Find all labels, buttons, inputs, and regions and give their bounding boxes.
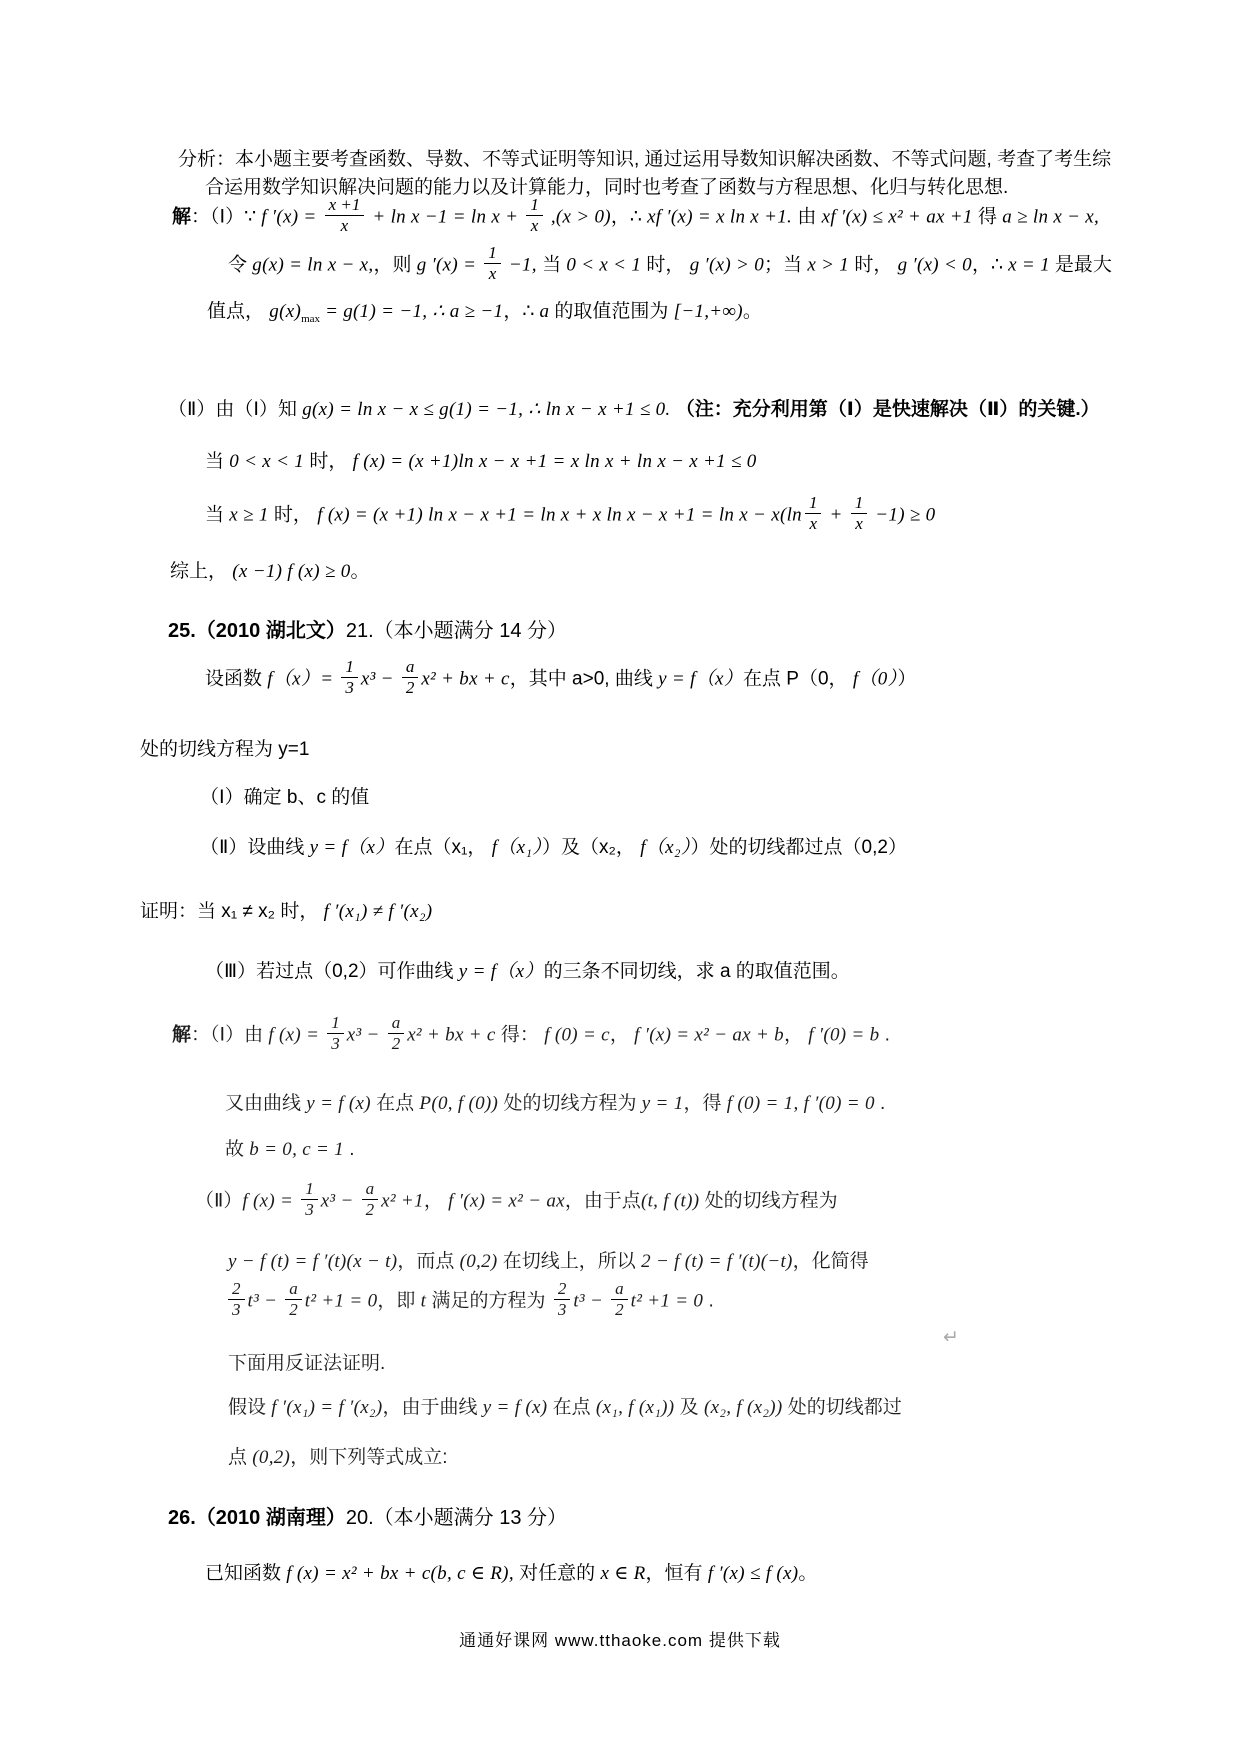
fraction-denominator: 3	[341, 678, 358, 697]
text-segment: 当	[205, 451, 229, 472]
text-segment: 26.（2010 湖南理）	[168, 1507, 346, 1529]
fraction-numerator: a	[285, 1280, 302, 1300]
solution24-part1-line3: 值点， g(x)max = g(1) = −1, ∴ a ≥ −1，∴ a 的取…	[207, 300, 762, 326]
text-segment: 0 < x < 1	[229, 451, 304, 472]
text-segment: (x −1) f (x) ≥ 0	[232, 561, 350, 582]
solution25-part2-line5: 假设 f ′(x₁) = f ′(x₂)，由于曲线 y = f (x) 在点 (…	[228, 1396, 902, 1421]
text-segment: 处的切线都过	[782, 1397, 901, 1418]
text-segment: ,(x > 0)	[546, 206, 611, 227]
solution25-part2-line3: 23t³ − a2t² +1 = 0，即 t 满足的方程为 23t³ − a2t…	[225, 1282, 714, 1321]
text-segment: x³ −	[361, 668, 399, 689]
text-segment: 的三条不同切线，求 a 的取值范围。	[544, 961, 850, 982]
fraction-denominator: x	[325, 216, 365, 235]
text-segment: = g(1) = −1, ∴ a ≥ −1	[320, 301, 503, 322]
text-segment: 时，	[269, 504, 318, 525]
text-segment: ，化简得	[793, 1251, 869, 1272]
text-segment: y = f (x)	[483, 1397, 548, 1418]
text-segment: ↵	[943, 1327, 959, 1348]
fraction-numerator: a	[611, 1280, 628, 1300]
text-segment: (x₂, f (x₂))	[704, 1397, 783, 1418]
text-segment: ）	[897, 668, 916, 689]
text-segment: ，即	[377, 1290, 420, 1311]
text-segment: 的取值范围为	[554, 301, 673, 322]
text-segment: .	[703, 1290, 714, 1311]
text-segment: y = f (x)	[306, 1093, 371, 1114]
text-segment: f（0）	[853, 668, 897, 689]
text-segment: (t, f (t))	[641, 1190, 699, 1211]
fraction: a2	[402, 658, 419, 697]
solution25-part1-line3: 故 b = 0, c = 1 .	[225, 1138, 355, 1163]
solution24-part2-line3: 当 x ≥ 1 时， f (x) = (x +1) ln x − x +1 = …	[205, 496, 935, 535]
solution25-part2-line4: 下面用反证法证明.	[228, 1352, 385, 1377]
text-segment: 已知函数	[205, 1563, 286, 1584]
text-segment: 。	[743, 301, 762, 322]
text-segment: y = f（x）	[310, 837, 395, 858]
text-segment: ，∴	[972, 254, 1003, 275]
text-segment: ，而点	[397, 1251, 459, 1272]
text-segment: ，	[784, 1024, 808, 1045]
text-segment: x³ −	[321, 1190, 359, 1211]
fraction-numerator: 1	[301, 1180, 318, 1200]
analysis-text-line-1: 分析：本小题主要考查函数、导数、不等式证明等知识, 通过运用导数知识解决函数、不…	[178, 148, 1111, 173]
text-segment: f (x) =	[242, 1190, 298, 1211]
text-segment: ，则下列等式成立:	[290, 1447, 447, 1468]
text-segment: f ′(x₁) ≠ f ′(x₂)	[324, 901, 433, 922]
text-segment: (0,2)	[252, 1447, 290, 1468]
text-segment: （Ⅱ）由（Ⅰ）知	[168, 399, 302, 420]
solution24-part2-line1: （Ⅱ）由（Ⅰ）知 g(x) = ln x − x ≤ g(1) = −1, ∴ …	[168, 398, 1100, 423]
solution25-part1-line1: 解：（Ⅰ）由 f (x) = 13x³ − a2x² + bx + c 得： f…	[172, 1016, 890, 1055]
text-segment: 下面用反证法证明.	[228, 1353, 385, 1374]
text-segment: 综上，	[170, 561, 232, 582]
text-segment: b = 0, c = 1	[249, 1139, 344, 1160]
text-segment: 在点	[371, 1093, 420, 1114]
fraction-numerator: 1	[526, 196, 543, 216]
fraction-numerator: x +1	[325, 196, 365, 216]
text-segment: −1) ≥ 0	[870, 504, 935, 525]
text-segment: ，	[610, 1024, 634, 1045]
text-segment: 点	[228, 1447, 252, 1468]
text-segment: (x₁, f (x₁))	[596, 1397, 675, 1418]
text-segment: g ′(x) < 0	[898, 254, 972, 275]
text-segment: 值点，	[207, 301, 269, 322]
text-segment: ，由于曲线	[382, 1397, 482, 1418]
text-segment: g(x) = ln x − x,	[252, 254, 373, 275]
fraction-denominator: 3	[301, 1200, 318, 1219]
text-segment: ，其中 a>0, 曲线	[510, 668, 658, 689]
fraction-denominator: 2	[285, 1300, 302, 1319]
fraction-numerator: a	[402, 658, 419, 678]
fraction: 23	[228, 1280, 245, 1319]
fraction-numerator: 1	[484, 244, 501, 264]
text-segment: (0,2)	[460, 1251, 498, 1272]
fraction-numerator: 1	[327, 1014, 344, 1034]
text-segment: （Ⅱ）设曲线	[200, 837, 310, 858]
fraction-denominator: 2	[388, 1034, 405, 1053]
solution24-part1-line2: 令 g(x) = ln x − x,，则 g ′(x) = 1x −1, 当 0…	[228, 246, 1112, 285]
text-segment: 满足的方程为	[426, 1290, 551, 1311]
text-segment: 时，	[641, 254, 690, 275]
text-segment: x > 1	[807, 254, 849, 275]
fraction: x +1x	[325, 196, 365, 235]
fraction: a2	[285, 1280, 302, 1319]
text-segment: x³ −	[347, 1024, 385, 1045]
text-segment: ：（Ⅰ）由	[191, 1024, 268, 1045]
text-segment: ，∴	[611, 206, 642, 227]
text-segment: f (x) = (x +1) ln x − x +1 = ln x + x ln…	[317, 504, 802, 525]
text-segment: + ln x −1 = ln x +	[367, 206, 523, 227]
fraction: 13	[341, 658, 358, 697]
text-segment: x ≥ 1	[229, 504, 268, 525]
solution24-part2-line2: 当 0 < x < 1 时， f (x) = (x +1)ln x − x +1…	[205, 450, 757, 475]
text-segment: ，由于点	[565, 1190, 641, 1211]
text-segment: 得	[973, 206, 1003, 227]
text-segment: f ′(0) = b	[808, 1024, 879, 1045]
text-segment: .	[344, 1139, 355, 1160]
fraction-denominator: x	[851, 514, 868, 533]
fraction: 1x	[805, 494, 822, 533]
solution25-part2-line1: （Ⅱ）f (x) = 13x³ − a2x² +1， f ′(x) = x² −…	[195, 1182, 838, 1221]
fraction: a2	[362, 1180, 379, 1219]
fraction: 1x	[526, 196, 543, 235]
text-segment: 解	[172, 206, 191, 227]
text-segment: f ′(x) = x² − ax + b	[634, 1024, 784, 1045]
text-segment: ）处的切线都过点（0,2）	[691, 837, 907, 858]
paragraph-mark: ↵	[943, 1326, 959, 1351]
fraction-numerator: a	[388, 1014, 405, 1034]
text-segment: g(x) = ln x − x ≤ g(1) = −1, ∴ ln x − x …	[302, 399, 670, 420]
text-segment: 由	[792, 206, 822, 227]
text-segment: 令	[228, 254, 252, 275]
text-segment: t² +1 = 0	[631, 1290, 704, 1311]
text-segment: 在点 P（0，	[743, 668, 853, 689]
text-segment: 是最大	[1055, 254, 1112, 275]
text-segment: g ′(x) =	[417, 254, 482, 275]
text-segment: 。	[351, 561, 370, 582]
solution25-part1-line2: 又由曲线 y = f (x) 在点 P(0, f (0)) 处的切线方程为 y …	[225, 1092, 885, 1117]
text-segment: f（x₁）	[492, 837, 542, 858]
text-segment: 对任意的	[514, 1563, 601, 1584]
solution25-part2-line6: 点 (0,2)，则下列等式成立:	[228, 1446, 447, 1471]
text-segment: 0 < x < 1	[566, 254, 641, 275]
text-segment: t² +1 = 0	[305, 1290, 378, 1311]
text-segment: 时，	[849, 254, 898, 275]
text-segment: x = 1	[1003, 254, 1055, 275]
problem26-statement: 已知函数 f (x) = x² + bx + c(b, c ∈ R), 对任意的…	[205, 1562, 817, 1587]
text-segment: g(x)	[269, 301, 301, 322]
text-segment: ：（Ⅰ）∵	[191, 206, 256, 227]
fraction-denominator: 3	[554, 1300, 571, 1319]
text-segment: 25.（2010 湖北文）	[168, 620, 346, 642]
fraction-numerator: 2	[228, 1280, 245, 1300]
text-segment: f (x) =	[268, 1024, 324, 1045]
page-footer: 通通好课网 www.tthaoke.com 提供下载	[0, 1626, 1240, 1651]
fraction-denominator: x	[526, 216, 543, 235]
text-segment: f ′(x) = x² − ax	[448, 1190, 565, 1211]
text-segment: 合运用数学知识解决问题的能力以及计算能力，同时也考查了函数与方程思想、化归与转化…	[205, 177, 1008, 198]
text-segment: 得：	[496, 1024, 545, 1045]
text-segment: x² +1	[381, 1190, 424, 1211]
text-segment: 20.（本小题满分 13 分）	[346, 1507, 567, 1529]
subscript: max	[301, 313, 320, 325]
text-segment: f ′(x₁) = f ′(x₂)	[271, 1397, 382, 1418]
text-segment: +	[824, 504, 847, 525]
text-segment: ，∴	[503, 301, 534, 322]
text-segment: ；当	[764, 254, 807, 275]
text-segment: ，得	[684, 1093, 727, 1114]
text-segment: ，恒有	[646, 1563, 708, 1584]
text-segment: 处的切线方程为	[498, 1093, 642, 1114]
text-segment: f (x) = x² + bx + c(b, c ∈ R),	[286, 1563, 514, 1584]
text-segment: x² + bx + c	[421, 668, 509, 689]
fraction-denominator: x	[484, 264, 501, 283]
text-segment: −1,	[504, 254, 537, 275]
fraction: 13	[327, 1014, 344, 1053]
text-segment: t³ −	[248, 1290, 283, 1311]
fraction-denominator: 3	[228, 1300, 245, 1319]
text-segment: 21.（本小题满分 14 分）	[346, 620, 567, 642]
fraction: 1x	[851, 494, 868, 533]
text-segment: y − f (t) = f ′(t)(x − t)	[228, 1251, 397, 1272]
solution25-part2-line2: y − f (t) = f ′(t)(x − t)，而点 (0,2) 在切线上，…	[228, 1250, 869, 1275]
text-segment: P(0, f (0))	[419, 1093, 498, 1114]
text-segment: x² + bx + c	[407, 1024, 495, 1045]
text-segment: 。	[798, 1563, 817, 1584]
text-segment: （注：充分利用第（Ⅰ）是快速解决（Ⅱ）的关键.）	[676, 399, 1100, 420]
fraction: a2	[611, 1280, 628, 1319]
fraction-denominator: 2	[611, 1300, 628, 1319]
document-page: 分析：本小题主要考查函数、导数、不等式证明等知识, 通过运用导数知识解决函数、不…	[0, 0, 1240, 1754]
text-segment: 处的切线方程为	[699, 1190, 837, 1211]
text-segment: f（x）=	[267, 668, 338, 689]
problem25-part3: （Ⅲ）若过点（0,2）可作曲线 y = f（x）的三条不同切线，求 a 的取值范…	[205, 960, 850, 985]
fraction-numerator: 1	[805, 494, 822, 514]
problem25-part2: （Ⅱ）设曲线 y = f（x）在点（x₁， f（x₁））及（x₂， f（x₂））…	[200, 836, 907, 861]
text-segment: （Ⅰ）确定 b、c 的值	[200, 787, 369, 808]
text-segment: 又由曲线	[225, 1093, 306, 1114]
fraction: 23	[554, 1280, 571, 1319]
text-segment: f (0) = c	[544, 1024, 610, 1045]
fraction-numerator: 1	[341, 658, 358, 678]
text-segment: f（x₂）	[640, 837, 690, 858]
fraction-denominator: x	[805, 514, 822, 533]
fraction: a2	[388, 1014, 405, 1053]
text-segment: （Ⅱ）	[195, 1190, 242, 1211]
fraction: 1x	[484, 244, 501, 283]
text-segment: y = f（x）	[658, 668, 743, 689]
problem25-heading: 25.（2010 湖北文）21.（本小题满分 14 分）	[168, 618, 567, 644]
text-segment: f (0) = 1, f ′(0) = 0	[727, 1093, 875, 1114]
text-segment: 时，	[304, 451, 353, 472]
text-segment: 设函数	[205, 668, 267, 689]
text-segment: 解	[172, 1024, 191, 1045]
text-segment: y = 1	[642, 1093, 684, 1114]
fraction-numerator: a	[362, 1180, 379, 1200]
text-segment: 在点（x₁，	[395, 837, 492, 858]
text-segment: x ∈ R	[600, 1563, 645, 1584]
text-segment: f ′(x) =	[256, 206, 321, 227]
text-segment: a	[534, 301, 554, 322]
problem25-part1: （Ⅰ）确定 b、c 的值	[200, 786, 369, 811]
text-segment: 及	[674, 1397, 704, 1418]
fraction-numerator: 2	[554, 1280, 571, 1300]
text-segment: xf ′(x) ≤ x² + ax +1	[822, 206, 973, 227]
problem25-part2-claim: 证明：当 x₁ ≠ x₂ 时， f ′(x₁) ≠ f ′(x₂)	[140, 900, 432, 925]
text-segment: （Ⅲ）若过点（0,2）可作曲线	[205, 961, 459, 982]
fraction-numerator: 1	[851, 494, 868, 514]
text-segment: 在切线上，所以	[498, 1251, 642, 1272]
text-segment: f (x) = (x +1)ln x − x +1 = x ln x + ln …	[353, 451, 757, 472]
solution24-conclusion: 综上， (x −1) f (x) ≥ 0。	[170, 560, 370, 585]
text-segment: 证明：当 x₁ ≠ x₂ 时，	[140, 901, 324, 922]
text-segment: [−1,+∞)	[674, 301, 743, 322]
text-segment: ，则	[373, 254, 416, 275]
fraction: 13	[301, 1180, 318, 1219]
text-segment: .	[875, 1093, 886, 1114]
problem25-statement-line2: 处的切线方程为 y=1	[140, 738, 309, 763]
text-segment: 分析：本小题主要考查函数、导数、不等式证明等知识, 通过运用导数知识解决函数、不…	[178, 149, 1111, 170]
text-segment: 当	[205, 504, 229, 525]
problem26-heading: 26.（2010 湖南理）20.（本小题满分 13 分）	[168, 1505, 567, 1531]
solution24-part1-line1: 解：（Ⅰ）∵ f ′(x) = x +1x + ln x −1 = ln x +…	[172, 198, 1099, 237]
text-segment: 处的切线方程为 y=1	[140, 739, 309, 760]
text-segment: 在点	[547, 1397, 596, 1418]
fraction-denominator: 2	[362, 1200, 379, 1219]
text-segment: 假设	[228, 1397, 271, 1418]
text-segment: ，	[424, 1190, 448, 1211]
text-segment: g ′(x) > 0	[690, 254, 764, 275]
text-segment: xf ′(x) = x ln x +1.	[642, 206, 792, 227]
text-segment: 2 − f (t) = f ′(t)(−t)	[641, 1251, 793, 1272]
text-segment: t³ −	[573, 1290, 608, 1311]
text-segment: ）及（x₂，	[542, 837, 640, 858]
fraction-denominator: 3	[327, 1034, 344, 1053]
problem25-statement-line1: 设函数 f（x）= 13x³ − a2x² + bx + c，其中 a>0, 曲…	[205, 660, 916, 699]
text-segment: a ≥ ln x − x,	[1002, 206, 1099, 227]
text-segment: f ′(x) ≤ f (x)	[708, 1563, 799, 1584]
text-segment: y = f（x）	[459, 961, 544, 982]
fraction-denominator: 2	[402, 678, 419, 697]
text-segment: .	[879, 1024, 890, 1045]
text-segment: 故	[225, 1139, 249, 1160]
text-segment: 当	[537, 254, 567, 275]
